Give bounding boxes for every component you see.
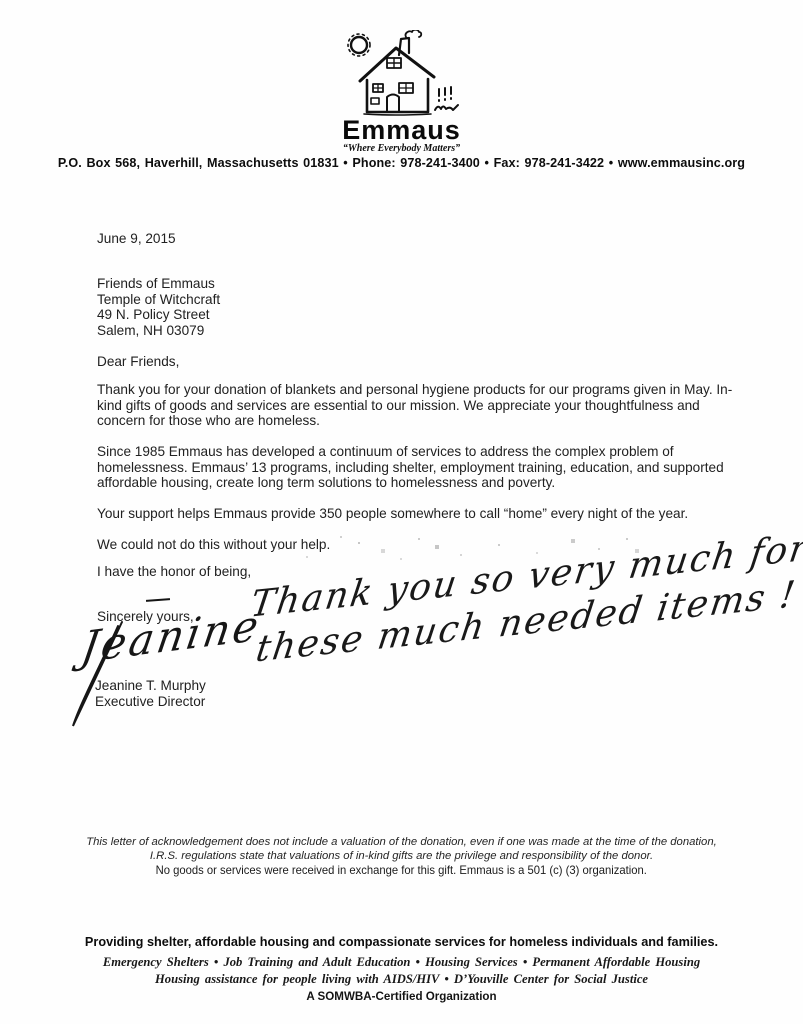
footer-programs-line1: Emergency Shelters • Job Training and Ad… bbox=[0, 955, 803, 970]
signature-flourish-icon bbox=[56, 612, 146, 737]
cat-icon bbox=[435, 87, 458, 110]
footer-mission-statement: Providing shelter, affordable housing an… bbox=[0, 935, 803, 949]
signer-title: Executive Director bbox=[95, 694, 205, 710]
footer-programs-line2: Housing assistance for people living wit… bbox=[0, 972, 803, 987]
recipient-line: Temple of Witchcraft bbox=[97, 292, 220, 308]
irs-disclaimer: This letter of acknowledgement does not … bbox=[0, 836, 803, 878]
signer-name: Jeanine T. Murphy bbox=[95, 678, 206, 694]
body-paragraph-3: Your support helps Emmaus provide 350 pe… bbox=[97, 506, 745, 522]
letterhead-contact-line: P.O. Box 568, Haverhill, Massachusetts 0… bbox=[0, 156, 803, 170]
pen-dash-mark bbox=[146, 598, 170, 602]
footer-certification: A SOMWBA-Certified Organization bbox=[0, 990, 803, 1003]
emmaus-house-logo-icon bbox=[340, 30, 464, 122]
org-name: Emmaus bbox=[0, 115, 803, 146]
date-line: June 9, 2015 bbox=[97, 231, 176, 247]
left-window-icon bbox=[373, 84, 383, 92]
recipient-line: Friends of Emmaus bbox=[97, 276, 220, 292]
sun-icon bbox=[348, 34, 370, 56]
attic-window-icon bbox=[387, 58, 401, 68]
org-tagline: “Where Everybody Matters” bbox=[0, 143, 803, 154]
disclaimer-line1: This letter of acknowledgement does not … bbox=[0, 836, 803, 850]
right-window-icon bbox=[399, 83, 413, 93]
door-icon bbox=[384, 95, 402, 113]
letter-page: Emmaus “Where Everybody Matters” P.O. Bo… bbox=[0, 0, 803, 1024]
recipient-address: Friends of Emmaus Temple of Witchcraft 4… bbox=[97, 276, 220, 338]
small-window-icon bbox=[371, 98, 379, 104]
scan-smudge-specks bbox=[340, 536, 342, 538]
recipient-line: 49 N. Policy Street bbox=[97, 307, 220, 323]
recipient-line: Salem, NH 03079 bbox=[97, 323, 220, 339]
disclaimer-line2: I.R.S. regulations state that valuations… bbox=[0, 850, 803, 864]
disclaimer-line3: No goods or services were received in ex… bbox=[156, 863, 647, 877]
salutation: Dear Friends, bbox=[97, 354, 179, 370]
body-paragraph-1: Thank you for your donation of blankets … bbox=[97, 382, 745, 429]
body-paragraph-2: Since 1985 Emmaus has developed a contin… bbox=[97, 444, 745, 491]
